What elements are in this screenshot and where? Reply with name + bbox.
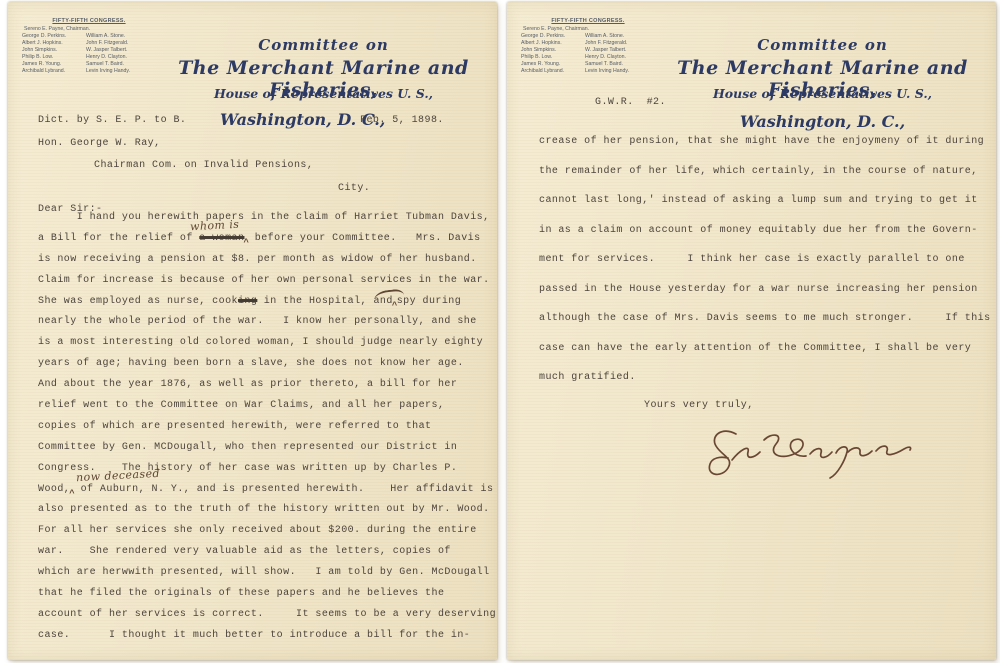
typed-line: I hand you herewith papers in the claim … — [38, 212, 487, 233]
typed-line: which are herwwith presented, will show.… — [38, 567, 487, 588]
roster-chairman: Sereno E. Payne, Chairman. — [523, 26, 655, 32]
letterhead-committee-on: Committee on — [657, 36, 988, 54]
roster-column-1: George D. Perkins.Albert J. Hopkins.John… — [521, 33, 585, 75]
signature — [702, 420, 917, 487]
letterhead-house-line: House of Representatives U. S., — [657, 86, 988, 101]
roster-column-2: William A. Stone.John F. Fitzgerald.W. J… — [86, 33, 156, 75]
typed-line: is now receiving a pension at $8. per mo… — [38, 254, 487, 275]
recipient-name: Hon. George W. Ray, — [38, 138, 161, 149]
letterhead-committee-on: Committee on — [158, 36, 489, 54]
typed-line: account of her services is correct. It s… — [38, 609, 487, 630]
typed-line: case can have the early attention of the… — [539, 343, 986, 373]
closing-line: Yours very truly, — [644, 400, 754, 411]
handwritten-caret: ^ — [243, 238, 249, 248]
struck-text: ing — [238, 296, 257, 307]
typed-line: For all her services she only received a… — [38, 525, 487, 546]
typed-line: cannot last long,' instead of asking a l… — [539, 195, 986, 225]
committee-roster: FIFTY-FIFTH CONGRESS. Sereno E. Payne, C… — [521, 18, 655, 75]
congress-label: FIFTY-FIFTH CONGRESS. — [22, 18, 156, 24]
typed-line: relief went to the Committee on War Clai… — [38, 400, 487, 421]
handwritten-caret: ^ — [69, 489, 75, 499]
roster-member: Philip B. Low. — [22, 54, 86, 61]
typed-line: She was employed as nurse, cooking in th… — [38, 296, 487, 317]
typed-line: that he filed the originals of these pap… — [38, 588, 487, 609]
roster-member: W. Jasper Talbert. — [585, 47, 655, 54]
typed-line: much gratified. — [539, 372, 986, 402]
handwritten-caret: ^ — [392, 301, 398, 311]
roster-column-2: William A. Stone.John F. Fitzgerald.W. J… — [585, 33, 655, 75]
roster-member: James R. Young. — [22, 61, 86, 68]
handwritten-annotation: now deceased — [76, 467, 160, 482]
roster-member: Samuel T. Baird. — [585, 61, 655, 68]
typed-line: war. She rendered very valuable aid as t… — [38, 546, 487, 567]
roster-member: Philip B. Low. — [521, 54, 585, 61]
roster-member: George D. Perkins. — [22, 33, 86, 40]
roster-member: Levin Irving Handy. — [585, 68, 655, 75]
typed-line: Claim for increase is because of her own… — [38, 275, 487, 296]
roster-member: Archibald Lybrand. — [521, 68, 585, 75]
typed-line: passed in the House yesterday for a war … — [539, 284, 986, 314]
letterhead-city-line: Washington, D. C., — [657, 112, 988, 131]
letter-date: Feb. 5, 1898. — [360, 115, 444, 126]
letter-body-page-1: I hand you herewith papers in the claim … — [38, 212, 487, 651]
roster-member: W. Jasper Talbert. — [86, 47, 156, 54]
typed-line: years of age; having been born a slave, … — [38, 358, 487, 379]
roster-column-1: George D. Perkins.Albert J. Hopkins.John… — [22, 33, 86, 75]
roster-member: George D. Perkins. — [521, 33, 585, 40]
roster-member: William A. Stone. — [86, 33, 156, 40]
typed-line: is a most interesting old colored woman,… — [38, 337, 487, 358]
typed-line: ment for services. I think her case is e… — [539, 254, 986, 284]
typed-line: Committee by Gen. MCDougall, who then re… — [38, 442, 487, 463]
roster-member: John F. Fitzgerald. — [86, 40, 156, 47]
roster-member: John F. Fitzgerald. — [585, 40, 655, 47]
typed-line: a Bill for the relief of a woman^ before… — [38, 233, 487, 254]
roster-member: Samuel T. Baird. — [86, 61, 156, 68]
roster-member: James R. Young. — [521, 61, 585, 68]
typed-line: crease of her pension, that she might ha… — [539, 136, 986, 166]
roster-member: Henry D. Clayton. — [86, 54, 156, 61]
roster-member: Henry D. Clayton. — [585, 54, 655, 61]
recipient-city: City. — [338, 183, 370, 194]
roster-member: John Simpkins. — [521, 47, 585, 54]
typed-line: And about the year 1876, as well as prio… — [38, 379, 487, 400]
dictation-note: Dict. by S. E. P. to B. — [38, 115, 186, 126]
typed-line: the remainder of her life, which certain… — [539, 166, 986, 196]
roster-member: Archibald Lybrand. — [22, 68, 86, 75]
roster-member: John Simpkins. — [22, 47, 86, 54]
typed-line: case. I thought it much better to introd… — [38, 630, 487, 651]
congress-label: FIFTY-FIFTH CONGRESS. — [521, 18, 655, 24]
letter-page-2: FIFTY-FIFTH CONGRESS. Sereno E. Payne, C… — [507, 2, 996, 660]
letterhead-house-line: House of Representatives U. S., — [158, 86, 489, 101]
typed-line: in as a claim on account of money equita… — [539, 225, 986, 255]
typed-line: nearly the whole period of the war. I kn… — [38, 316, 487, 337]
handwritten-annotation: whom is — [190, 219, 240, 233]
roster-member: William A. Stone. — [585, 33, 655, 40]
recipient-title: Chairman Com. on Invalid Pensions, — [94, 160, 313, 171]
roster-member: Albert J. Hopkins. — [521, 40, 585, 47]
signature-ink — [702, 420, 917, 482]
letter-body-page-2: crease of her pension, that she might ha… — [539, 136, 986, 402]
typed-line: copies of which are presented herewith, … — [38, 421, 487, 442]
page-reference-number: G.W.R. #2. — [595, 97, 666, 108]
letter-page-1: FIFTY-FIFTH CONGRESS. Sereno E. Payne, C… — [8, 2, 497, 660]
roster-member: Levin Irving Handy. — [86, 68, 156, 75]
struck-text: a woman — [199, 233, 244, 244]
typed-line: also presented as to the truth of the hi… — [38, 504, 487, 525]
roster-chairman: Sereno E. Payne, Chairman. — [24, 26, 156, 32]
typed-line: Wood,^ of Auburn, N. Y., and is presente… — [38, 484, 487, 505]
roster-member: Albert J. Hopkins. — [22, 40, 86, 47]
committee-roster: FIFTY-FIFTH CONGRESS. Sereno E. Payne, C… — [22, 18, 156, 75]
typed-line: although the case of Mrs. Davis seems to… — [539, 313, 986, 343]
